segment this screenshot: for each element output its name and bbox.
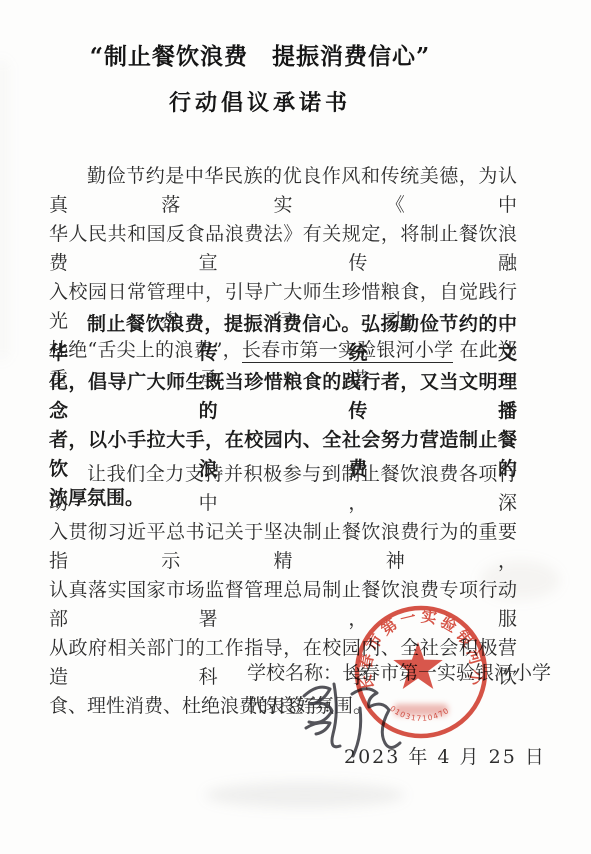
paragraph-line: 华人民共和国反食品浪费法》有关规定，将制止餐饮浪费宣传融: [49, 220, 517, 278]
official-school-seal: 长春市第一实验银河小学 01031710470: [352, 600, 492, 746]
document-title-line1: “制止餐饮浪费 提振消费信心”: [0, 38, 520, 71]
scan-smudge: [205, 782, 405, 808]
paragraph-line: 入贯彻习近平总书记关于坚决制止餐饮浪费行为的重要指示精神，: [49, 518, 517, 576]
document-title-line2: 行动倡议承诺书: [0, 86, 520, 117]
paragraph-line: 制止餐饮浪费，提振消费信心。弘扬勤俭节约的中华传统文: [49, 310, 517, 368]
paragraph-line: 让我们全力支持并积极参与到制止餐饮浪费各项行动中，深: [49, 460, 517, 518]
seal-ink-smudge: [394, 704, 448, 716]
date-line: 2023 年 4 月 25 日: [344, 742, 546, 769]
pledge-document-page: “制止餐饮浪费 提振消费信心” 行动倡议承诺书 勤俭节约是中华民族的优良作风和传…: [0, 0, 591, 854]
seal-star-icon: [393, 642, 442, 689]
paragraph-line: 化，倡导广大师生既当珍惜粮食的践行者，又当文明理念的传播: [49, 368, 517, 426]
paragraph-line: 勤俭节约是中华民族的优良作风和传统美德，为认真落实《中: [49, 162, 517, 220]
